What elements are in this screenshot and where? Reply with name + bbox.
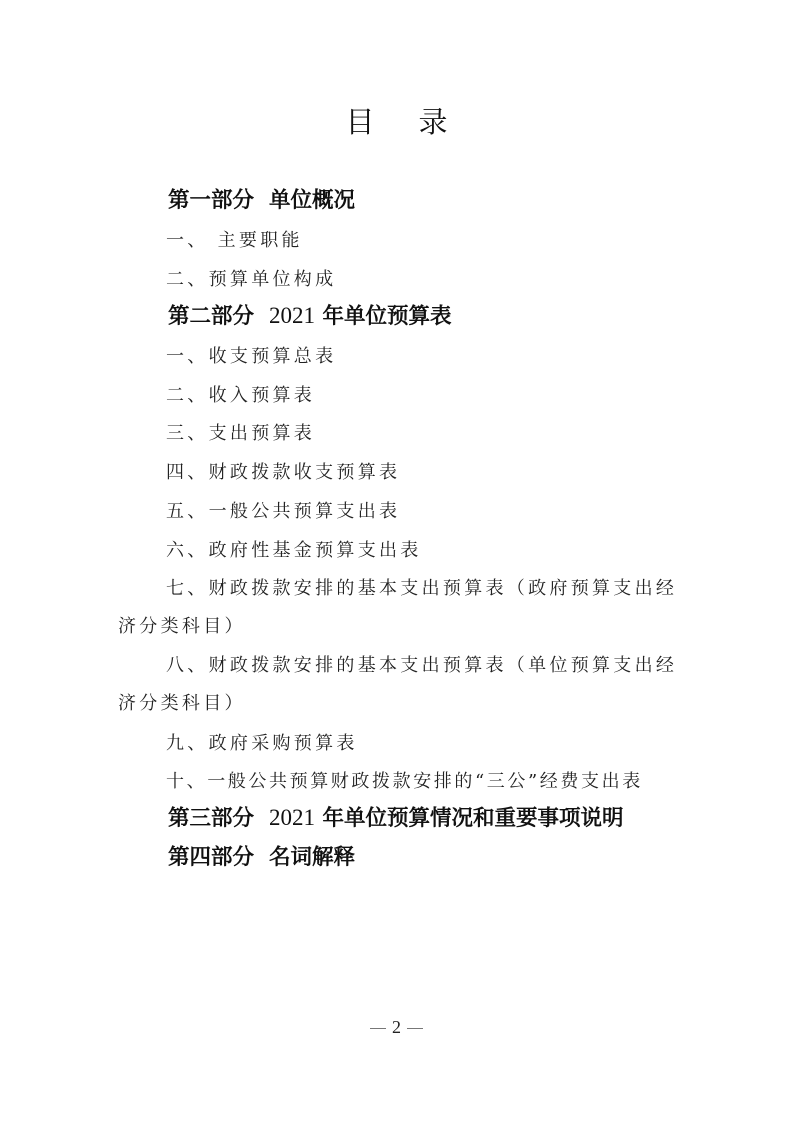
toc-item-2-7: 七、财政拨款安排的基本支出预算表（政府预算支出经 <box>166 574 677 600</box>
part-3-year: 2021 <box>269 805 315 830</box>
dash-right <box>407 1028 423 1029</box>
page-title: 目录 <box>0 100 793 141</box>
part-3-label: 第三部分 <box>168 806 254 831</box>
part-4-heading: 第四部分 名词解释 <box>168 840 355 871</box>
toc-item-2-9: 九、政府采购预算表 <box>166 729 358 755</box>
part-4-title: 名词解释 <box>269 845 355 870</box>
part-4-label: 第四部分 <box>168 845 254 870</box>
page-footer: 2 <box>0 1017 793 1038</box>
toc-item-2-6: 六、政府性基金预算支出表 <box>166 536 422 562</box>
toc-item-1-2: 二、预算单位构成 <box>166 265 336 291</box>
title-char-1: 目 <box>345 100 374 141</box>
toc-item-2-8: 八、财政拨款安排的基本支出预算表（单位预算支出经 <box>166 651 677 677</box>
toc-item-2-10: 十、一般公共预算财政拨款安排的“三公”经费支出表 <box>166 767 643 793</box>
part-2-heading: 第二部分 2021 年单位预算表 <box>168 299 452 330</box>
part-1-title: 单位概况 <box>269 188 355 213</box>
toc-item-2-7-cont: 济分类科目） <box>118 612 246 638</box>
part-2-title: 年单位预算表 <box>323 304 452 329</box>
part-3-title: 年单位预算情况和重要事项说明 <box>323 806 624 831</box>
part-1-heading: 第一部分 单位概况 <box>168 183 355 214</box>
toc-item-1-1: 一、 主要职能 <box>166 226 303 252</box>
toc-item-2-2: 二、收入预算表 <box>166 381 315 407</box>
dash-left <box>370 1028 386 1029</box>
toc-item-2-5: 五、一般公共预算支出表 <box>166 497 400 523</box>
toc-item-2-1: 一、收支预算总表 <box>166 342 336 368</box>
part-3-heading: 第三部分 2021 年单位预算情况和重要事项说明 <box>168 801 624 832</box>
part-2-label: 第二部分 <box>168 304 254 329</box>
title-char-2: 录 <box>419 100 448 141</box>
toc-item-2-8-cont: 济分类科目） <box>118 689 246 715</box>
toc-item-2-3: 三、支出预算表 <box>166 419 315 445</box>
page-number: 2 <box>392 1017 401 1037</box>
toc-item-2-4: 四、财政拨款收支预算表 <box>166 458 400 484</box>
part-1-label: 第一部分 <box>168 188 254 213</box>
part-2-year: 2021 <box>269 303 315 328</box>
